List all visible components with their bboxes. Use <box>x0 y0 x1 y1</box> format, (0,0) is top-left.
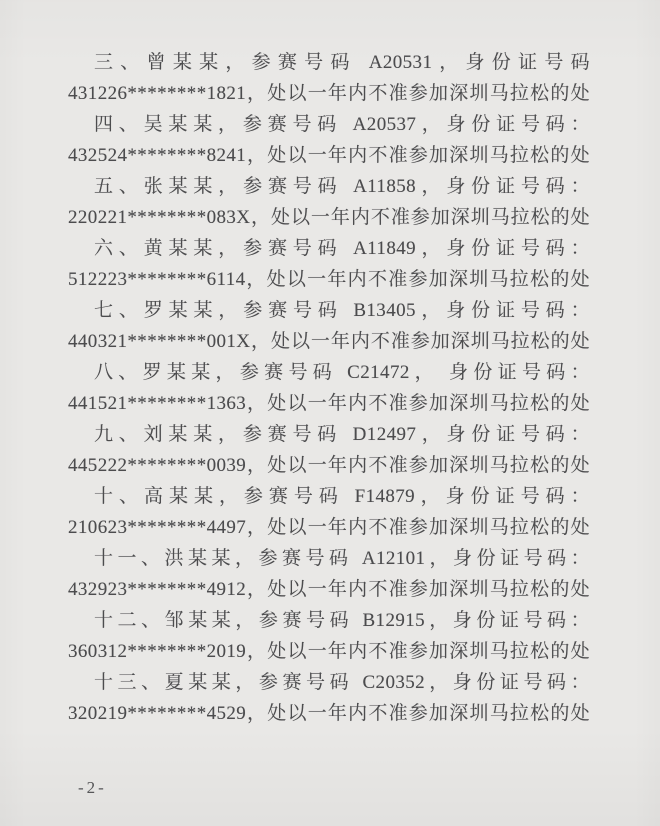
penalty-item: 四、吴某某，参赛号码 A20537，身份证号码： 432524********8… <box>68 109 590 171</box>
penalty-item-line1: 十三、夏某某，参赛号码 C20352，身份证号码： <box>68 667 590 698</box>
penalty-item-line2: 445222********0039，处以一年内不准参加深圳马拉松的处罚。 <box>68 450 590 481</box>
page-number: -2- <box>78 776 107 800</box>
penalty-item: 八、罗某某，参赛号码 C21472， 身份证号码： 441521********… <box>68 357 590 419</box>
penalty-items: 三、曾某某，参赛号码 A20531，身份证号码 431226********18… <box>68 47 590 729</box>
penalty-item-line1: 三、曾某某，参赛号码 A20531，身份证号码 <box>68 47 590 78</box>
penalty-item: 六、黄某某，参赛号码 A11849，身份证号码： 512223********6… <box>68 233 590 295</box>
penalty-item-line1: 十、高某某，参赛号码 F14879，身份证号码： <box>68 481 590 512</box>
penalty-item: 十一、洪某某，参赛号码 A12101，身份证号码： 432923********… <box>68 543 590 605</box>
penalty-item-line2: 210623********4497，处以一年内不准参加深圳马拉松的处罚。 <box>68 512 590 543</box>
penalty-item-line2: 440321********001X，处以一年内不准参加深圳马拉松的处罚。 <box>68 326 590 357</box>
penalty-item-line2: 432923********4912，处以一年内不准参加深圳马拉松的处罚。 <box>68 574 590 605</box>
penalty-item-line1: 五、张某某，参赛号码 A11858，身份证号码： <box>68 171 590 202</box>
penalty-item-line2: 360312********2019，处以一年内不准参加深圳马拉松的处罚。 <box>68 636 590 667</box>
penalty-item: 七、罗某某，参赛号码 B13405，身份证号码： 440321********0… <box>68 295 590 357</box>
penalty-item-line1: 六、黄某某，参赛号码 A11849，身份证号码： <box>68 233 590 264</box>
scanned-document-page: 三、曾某某，参赛号码 A20531，身份证号码 431226********18… <box>0 0 660 826</box>
penalty-item: 三、曾某某，参赛号码 A20531，身份证号码 431226********18… <box>68 47 590 109</box>
penalty-item-line2: 441521********1363，处以一年内不准参加深圳马拉松的处罚。 <box>68 388 590 419</box>
penalty-item: 十二、邹某某，参赛号码 B12915，身份证号码： 360312********… <box>68 605 590 667</box>
penalty-item-line1: 九、刘某某，参赛号码 D12497，身份证号码： <box>68 419 590 450</box>
penalty-item: 十三、夏某某，参赛号码 C20352，身份证号码： 320219********… <box>68 667 590 729</box>
penalty-item-line2: 512223********6114，处以一年内不准参加深圳马拉松的处罚。 <box>68 264 590 295</box>
penalty-item-line2: 220221********083X，处以一年内不准参加深圳马拉松的处罚。 <box>68 202 590 233</box>
penalty-item-line1: 八、罗某某，参赛号码 C21472， 身份证号码： <box>68 357 590 388</box>
penalty-item-line1: 四、吴某某，参赛号码 A20537，身份证号码： <box>68 109 590 140</box>
penalty-item-line1: 十一、洪某某，参赛号码 A12101，身份证号码： <box>68 543 590 574</box>
penalty-item: 五、张某某，参赛号码 A11858，身份证号码： 220221********0… <box>68 171 590 233</box>
penalty-item-line2: 432524********8241，处以一年内不准参加深圳马拉松的处罚。 <box>68 140 590 171</box>
penalty-item-line2: 320219********4529，处以一年内不准参加深圳马拉松的处罚。 <box>68 698 590 729</box>
penalty-item-line1: 七、罗某某，参赛号码 B13405，身份证号码： <box>68 295 590 326</box>
penalty-list: 三、曾某某，参赛号码 A20531，身份证号码 431226********18… <box>68 47 590 729</box>
penalty-item: 九、刘某某，参赛号码 D12497，身份证号码： 445222********0… <box>68 419 590 481</box>
penalty-item-line1: 十二、邹某某，参赛号码 B12915，身份证号码： <box>68 605 590 636</box>
penalty-item: 十、高某某，参赛号码 F14879，身份证号码： 210623********4… <box>68 481 590 543</box>
penalty-item-line2: 431226********1821，处以一年内不准参加深圳马拉松的处罚。 <box>68 78 590 109</box>
